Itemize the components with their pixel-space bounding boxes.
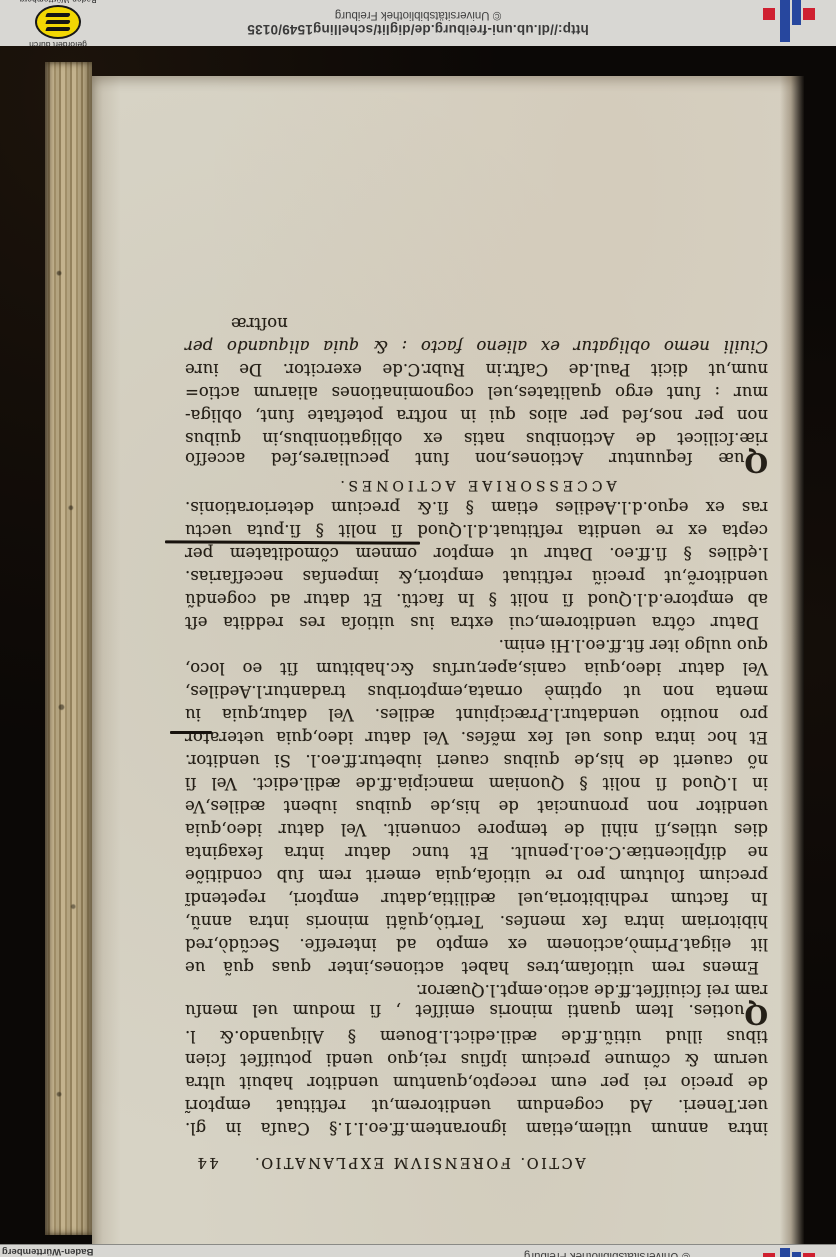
- text-line: In factum redhibitoria,uel ædilitia,datu…: [185, 887, 768, 910]
- text-line: intra annum utilem,etiam ignorantem.ff.e…: [185, 1117, 768, 1140]
- book-page: ACTIO. FORENSIVM EXPLANATIO. 44 intra an…: [92, 76, 804, 1257]
- text-line: mur : ſunt ergo qualitates,uel cognomina…: [185, 381, 768, 404]
- text-line: tibus illud uitiũ.ff.de ædil.edict.l.Bou…: [185, 1025, 768, 1048]
- text-line: menta non ut optimè ornata,emptoribus tr…: [185, 680, 768, 703]
- text-line: ne diſplicentiæ.C.eo.l.penult. Et tunc d…: [185, 841, 768, 864]
- logo-red-square: [803, 8, 815, 20]
- text-line: ab emptore.d.l.Quod ſi nolit § In factũ.…: [185, 588, 768, 611]
- text-line: Datur cõtra uenditorem,cui extra ius uit…: [185, 611, 768, 634]
- running-header: ACTIO. FORENSIVM EXPLANATIO. 44: [185, 1150, 768, 1174]
- text-line: num,ut dicit Paul.de Caſtr.in Rubr.C.de …: [185, 358, 768, 381]
- text-line: Et hoc intra duos uel ſex mẽſes. Vel dat…: [185, 726, 768, 749]
- logo-red-square: [763, 1253, 775, 1257]
- funder-region-partial: Baden-Württemberg: [2, 1246, 93, 1257]
- text-line: ras ex equo.d.l.Aediles etiam § ſi.& pre…: [185, 496, 768, 519]
- text-line: l.ędiles § ſi.ff.eo. Datur ut emptor omn…: [185, 542, 768, 565]
- funding-foundation-logo-icon: [744, 0, 836, 46]
- text-line: Ciuili nemo obligatur ex alieno facto : …: [185, 335, 768, 358]
- text-line: in l.Quod ſi nolit § Quoniam mancipia.ff…: [185, 772, 768, 795]
- funder-region: Baden-Württemberg: [19, 0, 96, 4]
- text-line: cepta ex re uendita reſtituat.d.l.Quod ſ…: [185, 519, 768, 542]
- text-line: quo uulgo iter fit.ff.eo.l.Hi enim.: [185, 634, 768, 657]
- text-line: uenditorẽ,ut preciũ reſtituat emptori,& …: [185, 565, 768, 588]
- logo-blue-bar: [792, 0, 801, 25]
- logo-blue-bar: [780, 0, 790, 42]
- copyright-line-partial: © Universitätsbibliothek Freiburg: [427, 1250, 787, 1257]
- text-line: de precio rei per eum recepto,quantum ue…: [185, 1071, 768, 1094]
- text-line: dies utiles,ſi nihil de tempore conuenit…: [185, 818, 768, 841]
- digitized-book-scan: http://dl.ub.uni-freiburg.de/diglit/sche…: [0, 0, 836, 1257]
- text-line: Quoties. Item quanti minoris emiſſet , ſ…: [185, 1002, 768, 1025]
- stamp-bar-text: http://dl.ub.uni-freiburg.de/diglit/sche…: [0, 0, 836, 46]
- source-url: http://dl.ub.uni-freiburg.de/diglit/sche…: [247, 22, 589, 37]
- section-heading: ACCESSORIAE ACTIONES.: [185, 473, 768, 496]
- page-fore-edge: [45, 62, 92, 1235]
- text-line: nõ cauerit de his,de quibus caueri iubet…: [185, 749, 768, 772]
- folio-number: 44: [195, 1154, 218, 1170]
- page-text-block: ACTIO. FORENSIVM EXPLANATIO. 44 intra an…: [185, 308, 768, 1174]
- catchword: noſtræ: [185, 312, 768, 335]
- text-line: Vel datur ideo,quia canis,aper,urſus &c.…: [185, 657, 768, 680]
- text-line: precium ſolutum pro re uitioſa,quia emer…: [185, 864, 768, 887]
- text-line: Quæ ſequuntur Actiones,non ſunt peculiar…: [185, 450, 768, 473]
- stamp-bar: http://dl.ub.uni-freiburg.de/diglit/sche…: [0, 0, 836, 47]
- text-line: Emens rem uitioſam,tres habet actiones,i…: [185, 956, 768, 979]
- logo-blue-bar: [780, 1248, 790, 1257]
- text-line: pro nouitio uendatur.l.Præcipiunt ædiles…: [185, 703, 768, 726]
- logo-red-square: [803, 1253, 815, 1257]
- logo-red-square: [763, 8, 775, 20]
- page-fold-shadow: [780, 76, 804, 1257]
- logo-blue-bar: [792, 1252, 801, 1257]
- running-header-title: ACTIO. FORENSIVM EXPLANATIO.: [252, 1154, 585, 1170]
- text-line: hibitoriam intra ſex menſes. Tertiò,quãt…: [185, 910, 768, 933]
- text-line: uenditor non pronunciat de his,de quibus…: [185, 795, 768, 818]
- text-line: lit eligat.Primò,actionem ex empto ad in…: [185, 933, 768, 956]
- margin-dash-mark: [170, 731, 212, 734]
- text-line: uerum & cõmune precium ipſius rei,quo ue…: [185, 1048, 768, 1071]
- lion-glyph: [45, 20, 70, 24]
- text-line: riæ.ſcilicet de Actionibus natis ex obli…: [185, 427, 768, 450]
- book-photo-area: ACTIO. FORENSIVM EXPLANATIO. 44 intra an…: [0, 46, 836, 1244]
- lion-glyph: [45, 13, 70, 17]
- text-line: uer.Teneri. Ad cogendum uenditorem,ut re…: [185, 1094, 768, 1117]
- funder-lockup: gefördert durch Baden-Württemberg: [16, 0, 100, 47]
- funding-foundation-logo-partial-icon: [744, 1245, 836, 1257]
- baden-wuerttemberg-arms-icon: [35, 5, 81, 39]
- text-line: non per nos,ſed per alios qui in noſtra …: [185, 404, 768, 427]
- text-line: ram rei ſciuiſſet.ff.de actio.empt.l.Quæ…: [185, 979, 768, 1002]
- stamp-bar-partial: Baden-Württemberg © Universitätsbiblioth…: [0, 1244, 836, 1257]
- lion-glyph: [45, 27, 70, 31]
- copyright-line: © Universitätsbibliothek Freiburg: [335, 9, 501, 21]
